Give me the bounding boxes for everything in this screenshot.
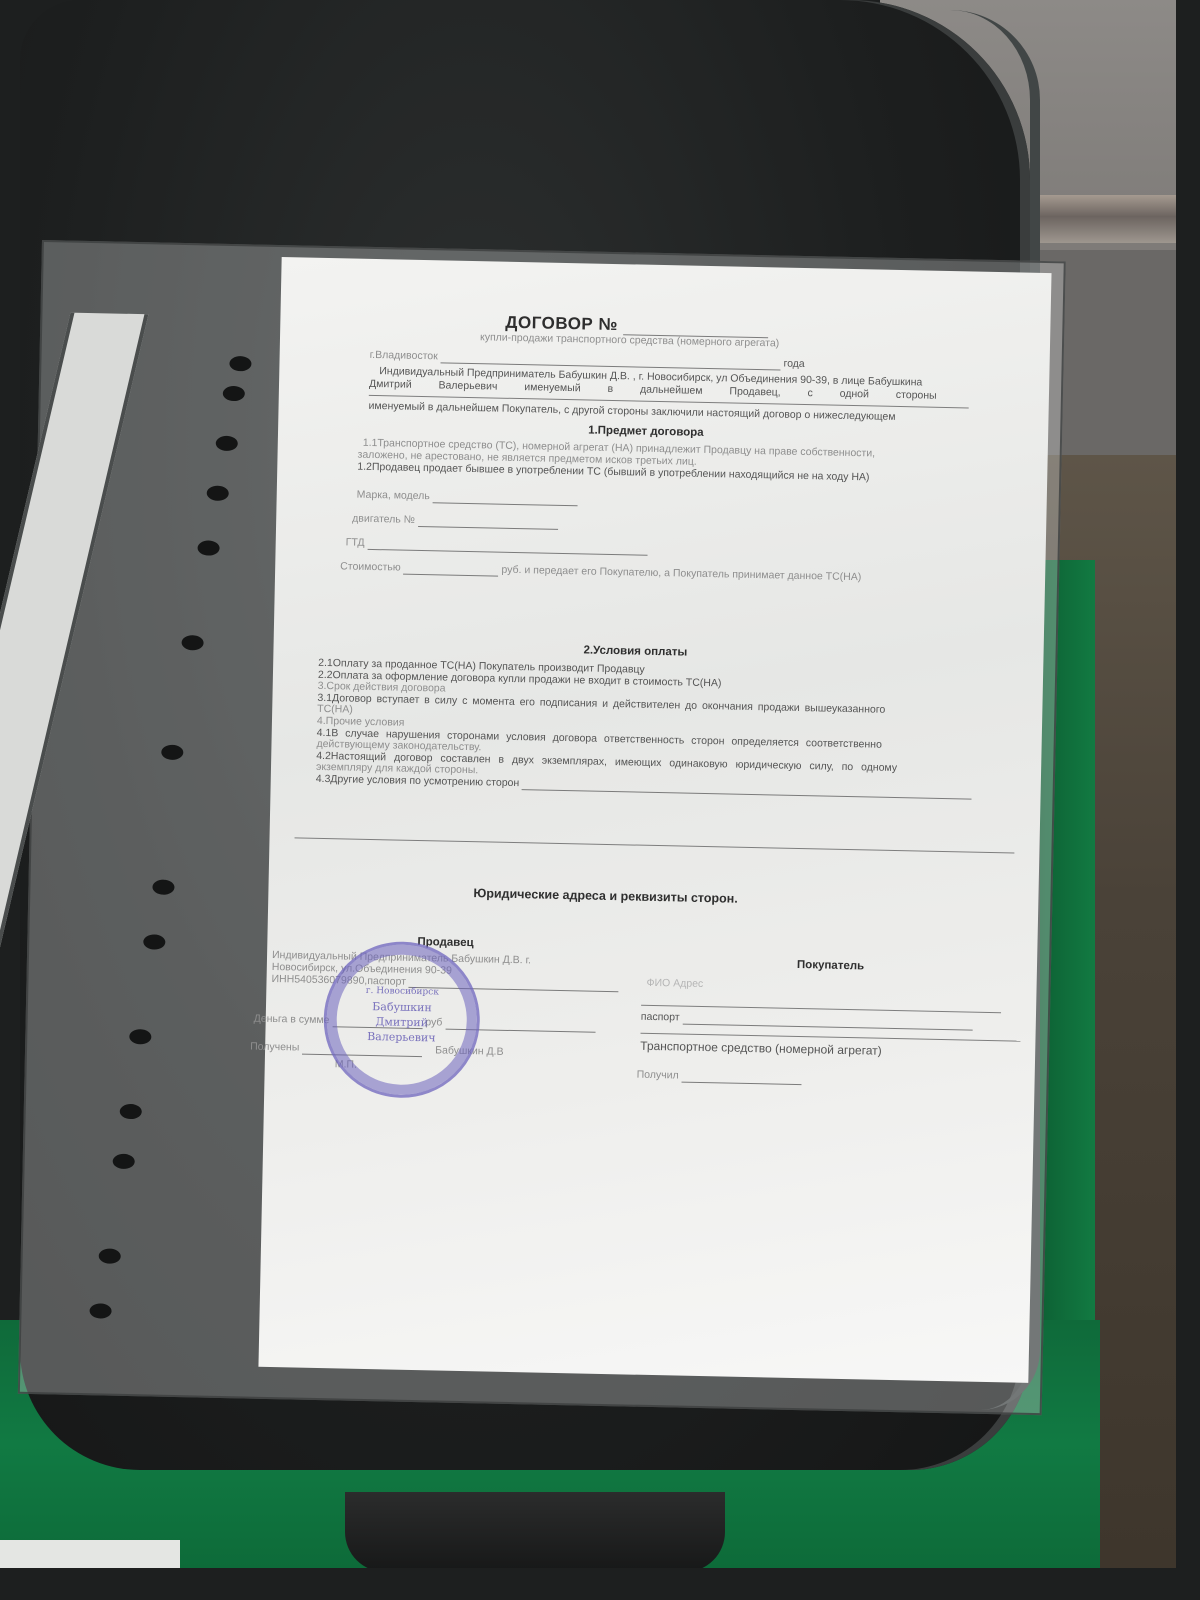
punch-hole-icon [143, 934, 165, 949]
buyer-fio-label: ФИО Адрес [646, 977, 703, 991]
buyer-heading: Покупатель [797, 958, 864, 974]
engine-number-blank [418, 516, 558, 530]
punch-hole-icon [99, 1248, 121, 1263]
buyer-vehicle-label: Транспортное средство (номерной агрегат) [640, 1039, 882, 1059]
punch-hole-icon [120, 1104, 142, 1119]
buyer-signature-blank [681, 1072, 801, 1086]
punch-hole-icon [161, 745, 183, 760]
field-gtd: ГТД [346, 536, 648, 555]
punch-hole-icon [181, 635, 203, 650]
punch-hole-icon [89, 1303, 111, 1318]
gtd-blank [367, 539, 647, 556]
section-1-heading: 1.Предмет договора [588, 423, 704, 440]
section-2-heading: 2.Условия оплаты [583, 643, 687, 660]
buyer-passport-blank [682, 1014, 972, 1031]
document-sleeve: ДОГОВОР № купли-продажи транспортного ср… [18, 240, 1062, 1411]
punch-hole-icon [113, 1154, 135, 1169]
price-line: Стоимостью руб. и передает его Покупател… [340, 560, 861, 584]
punch-hole-icon [229, 356, 251, 371]
seat-handle [345, 1492, 725, 1568]
make-model-blank [433, 492, 578, 506]
punch-hole-icon [197, 540, 219, 555]
punch-hole-icon [223, 386, 245, 401]
punch-hole-icon [207, 486, 229, 501]
buyer-passport-line: паспорт [641, 1011, 973, 1031]
contract-sheet: ДОГОВОР № купли-продажи транспортного ср… [258, 257, 1051, 1383]
punch-hole-icon [129, 1029, 151, 1044]
section-2-body: 2.1Оплату за проданное ТС(НА) Покупатель… [316, 658, 975, 799]
punch-hole-icon [216, 436, 238, 451]
small-paper-scrap [0, 1540, 180, 1568]
field-make-model: Марка, модель [357, 489, 578, 507]
punch-strip [48, 313, 260, 1377]
punch-hole-icon [152, 879, 174, 894]
requisites-heading: Юридические адреса и реквизиты сторон. [473, 886, 738, 907]
buyer-received-line: Получил [637, 1069, 802, 1086]
price-blank [403, 564, 498, 577]
field-engine-number: двигатель № [352, 513, 558, 530]
